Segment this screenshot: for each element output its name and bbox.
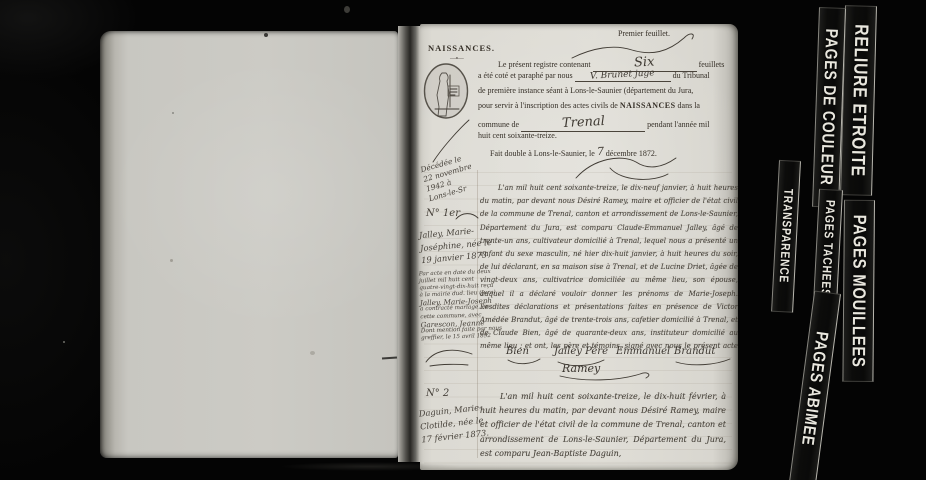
left-blank-page [100,31,398,458]
fill-in-blank: V. Brunet juge [575,71,671,82]
condition-label-reliure-etroite: RELIURE ETROITE [840,5,877,196]
ms-judge-name: V. Brunet juge [590,68,655,81]
pen-flourish [570,26,700,64]
book-gutter [398,26,420,462]
printed-text: du Tribunal [673,71,710,80]
stain [170,259,173,262]
tribunal-stamp-icon [423,62,469,120]
pen-dash [382,356,397,359]
pen-flourish [422,344,476,370]
printed-naissances: NAISSANCES [620,101,676,110]
act2-number: N° 2 [426,388,449,399]
act2-margin-name: Daguin, Marie- Clotilde, née le 17 févri… [418,401,489,447]
microfilm-scan: Premier feuillet. NAISSANCES. —∘— Le pré… [0,0,926,480]
strip-text: PAGES TACHEES [818,200,837,297]
strip-text: PAGES DE COULEUR [816,29,841,187]
preamble-line-6: huit cent soixante-treize. [478,131,557,140]
printed-text: pendant l'année mil [647,120,709,129]
strip-text: RELIURE ETROITE [846,24,872,177]
pen-flourish [480,354,738,382]
ink-speck [264,33,268,37]
judge-signature [570,150,682,186]
smudge [280,462,460,471]
condition-label-pages-abimee: PAGES ABIMEE [789,290,841,480]
dust-speck [63,341,65,343]
printed-text: commune de [478,120,519,129]
pen-flourish [454,210,480,222]
act1-text: L'an mil huit cent soixante-treize, le d… [480,182,738,354]
printed-text: pour servir à l'inscription des actes ci… [478,101,618,110]
register-page: Premier feuillet. NAISSANCES. —∘— Le pré… [420,24,738,470]
strip-text: PAGES ABIMEE [797,330,832,447]
preamble-line-5: commune de Trenal pendant l'année mil [478,116,709,132]
stain [310,351,315,355]
header-ornament: —∘— [450,55,463,62]
printed-text: dans la [678,101,700,110]
strip-text: PAGES MOUILLEES [848,214,870,367]
preamble-line-2: a été coté et paraphé par nous V. Brunet… [478,71,710,82]
preamble-line-3: de première instance séant à Lons-le-Sau… [478,86,693,95]
strip-text: TRANSPARENCE [777,189,796,284]
printed-text: feuillets [699,60,725,69]
condition-label-transparence: TRANSPARENCE [771,160,801,313]
printed-text: a été coté et paraphé par nous [478,71,573,80]
dust-speck [344,6,350,13]
dust-speck [172,112,174,114]
preamble-line-4: pour servir à l'inscription des actes ci… [478,101,700,110]
ms-commune-name: Trenal [561,114,605,131]
act2-text: L'an mil huit cent soixante-treize, le d… [480,390,726,466]
section-title: NAISSANCES. [428,43,495,53]
condition-label-pages-mouillees: PAGES MOUILLEES [842,200,875,382]
fill-in-blank: Trenal [521,116,645,132]
